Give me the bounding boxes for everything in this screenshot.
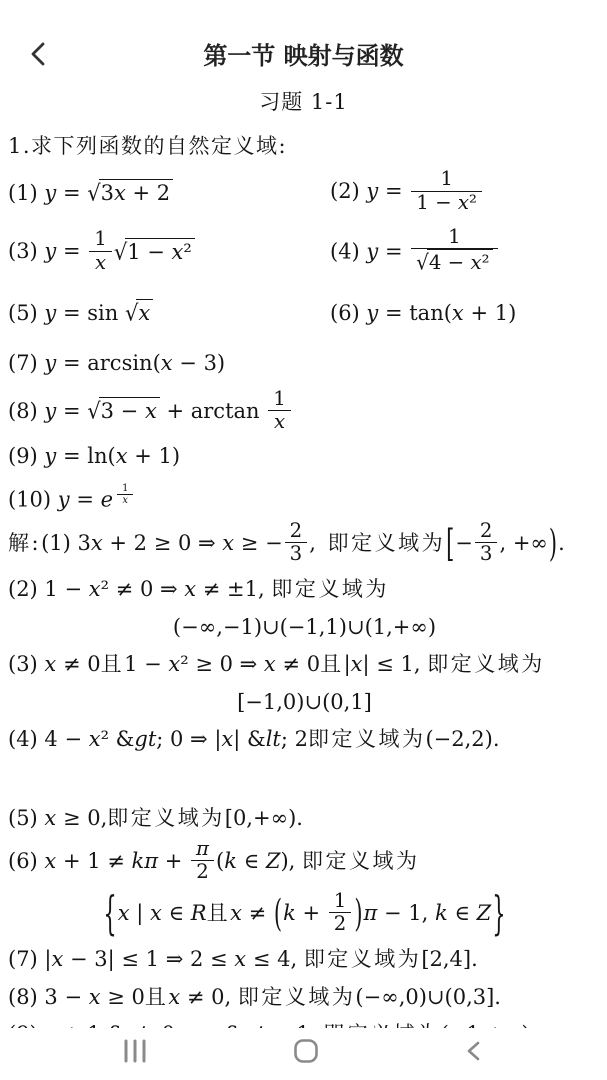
android-navbar [0, 1028, 607, 1080]
problems-two-column: (1) y = √3x + 2(2) y = 11 − x²(3) y = 1x… [8, 164, 601, 342]
intro-text: 1.求下列函数的自然定义域: [8, 130, 607, 160]
recents-button[interactable] [118, 1035, 152, 1067]
home-icon [293, 1052, 319, 1067]
problem-formula: (6) y = tan(x + 1) [330, 301, 601, 325]
home-button[interactable] [289, 1034, 323, 1068]
problem-formula: (10) y = e1x [8, 483, 601, 513]
chevron-left-icon [26, 56, 52, 71]
solution-line: 解:(1) 3x + 2 ≥ 0 ⇒ x ≥ −23, 即定义域为[−23, +… [8, 522, 601, 567]
problem-formula: (3) y = 1x√1 − x² [8, 230, 330, 275]
solution-line: (5) x ≥ 0,即定义域为[0,+∞). [8, 803, 601, 833]
solution-line: (−∞,−1)∪(−1,1)∪(1,+∞) [8, 612, 601, 642]
back-chevron-icon [463, 1051, 485, 1066]
solution-line: (4) 4 − x² &gt; 0 ⇒ |x| &lt; 2即定义域为(−2,2… [8, 724, 601, 754]
textbook-page: 第一节 映射与函数 习题 1-1 1.求下列函数的自然定义域: (1) y = … [0, 0, 607, 1080]
solution-line: (3) x ≠ 0且1 − x² ≥ 0 ⇒ x ≠ 0且|x| ≤ 1, 即定… [8, 649, 601, 679]
problem-formula: (2) y = 11 − x² [330, 170, 601, 215]
back-button[interactable] [24, 38, 54, 70]
recent-apps-icon [122, 1051, 148, 1066]
solution-line: (8) 3 − x ≥ 0且x ≠ 0, 即定义域为(−∞,0)∪(0,3]. [8, 982, 601, 1012]
problem-row: (1) y = √3x + 2(2) y = 11 − x² [8, 164, 601, 222]
solution-line: (6) x + 1 ≠ kπ + π2(k ∈ Z), 即定义域为 [8, 840, 601, 885]
solutions-section: 解:(1) 3x + 2 ≥ 0 ⇒ x ≥ −23, 即定义域为[−23, +… [8, 522, 601, 1050]
solution-line: (2) 1 − x² ≠ 0 ⇒ x ≠ ±1, 即定义域为 [8, 574, 601, 604]
solution-line: (7) |x − 3| ≤ 1 ⇒ 2 ≤ x ≤ 4, 即定义域为[2,4]. [8, 944, 601, 974]
problem-row: (5) y = sin √x(6) y = tan(x + 1) [8, 284, 601, 342]
problem-row: (3) y = 1x√1 − x²(4) y = 1√4 − x² [8, 224, 601, 282]
solution-line: [−1,0)∪(0,1] [8, 687, 601, 717]
solution-line: {x | x ∈ R且x ≠ (k + 12)π − 1, k ∈ Z} [8, 892, 601, 937]
problem-formula: (5) y = sin √x [8, 299, 330, 327]
problem-formula: (7) y = arcsin(x − 3) [8, 351, 601, 381]
page-title: 第一节 映射与函数 [0, 36, 607, 76]
problem-formula: (8) y = √3 − x + arctan 1x [8, 390, 601, 435]
back-nav-button[interactable] [459, 1035, 489, 1067]
problem-formula: (4) y = 1√4 − x² [330, 228, 601, 278]
page-content: (1) y = √3x + 2(2) y = 11 − x²(3) y = 1x… [0, 164, 607, 1050]
problem-formula: (9) y = ln(x + 1) [8, 444, 601, 474]
problem-formula: (1) y = √3x + 2 [8, 179, 330, 207]
problems-single-column: (7) y = arcsin(x − 3)(8) y = √3 − x + ar… [8, 351, 601, 513]
exercise-subtitle: 习题 1-1 [0, 86, 607, 116]
app-header: 第一节 映射与函数 [0, 36, 607, 76]
